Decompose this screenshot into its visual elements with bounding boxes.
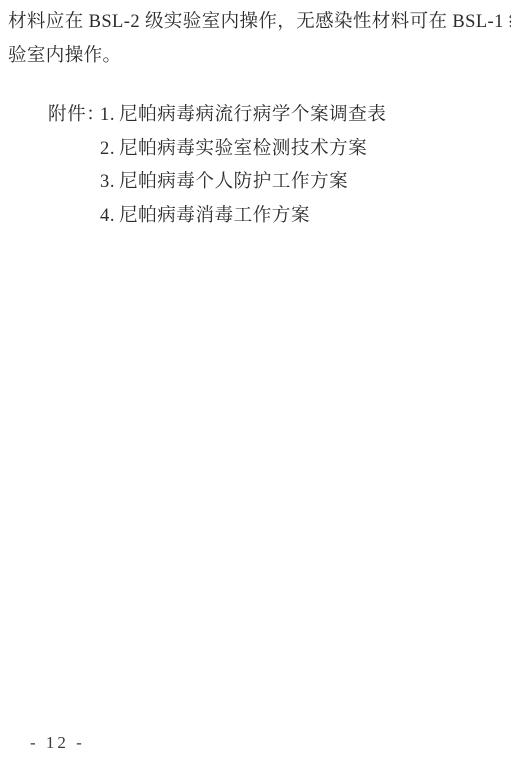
attachment-title: 尼帕病毒消毒工作方案	[119, 200, 310, 234]
attachment-label: 附件：	[48, 99, 100, 133]
attachment-item: 4. 尼帕病毒消毒工作方案	[48, 200, 386, 234]
attachment-indent	[48, 166, 100, 200]
attachment-item: 附件： 1. 尼帕病毒病流行病学个案调查表	[48, 99, 386, 133]
attachment-number: 3.	[100, 166, 115, 200]
page-number: - 12 -	[30, 733, 85, 753]
attachment-title: 尼帕病毒实验室检测技术方案	[119, 133, 367, 167]
attachment-title: 尼帕病毒个人防护工作方案	[119, 166, 348, 200]
attachment-title: 尼帕病毒病流行病学个案调查表	[119, 99, 386, 133]
attachment-number: 2.	[100, 133, 115, 167]
attachment-list: 附件： 1. 尼帕病毒病流行病学个案调查表 2. 尼帕病毒实验室检测技术方案 3…	[48, 99, 386, 233]
document-page: 材料应在 BSL-2 级实验室内操作，无感染性材料可在 BSL-1 级实 验室内…	[0, 0, 511, 764]
attachment-indent	[48, 200, 100, 234]
attachment-item: 2. 尼帕病毒实验室检测技术方案	[48, 133, 386, 167]
attachment-number: 4.	[100, 200, 115, 234]
body-paragraph: 材料应在 BSL-2 级实验室内操作，无感染性材料可在 BSL-1 级实 验室内…	[8, 5, 508, 73]
attachment-number: 1.	[100, 99, 115, 133]
paragraph-line: 材料应在 BSL-2 级实验室内操作，无感染性材料可在 BSL-1 级实	[8, 5, 508, 39]
attachment-item: 3. 尼帕病毒个人防护工作方案	[48, 166, 386, 200]
paragraph-line: 验室内操作。	[8, 39, 508, 73]
attachment-indent	[48, 133, 100, 167]
